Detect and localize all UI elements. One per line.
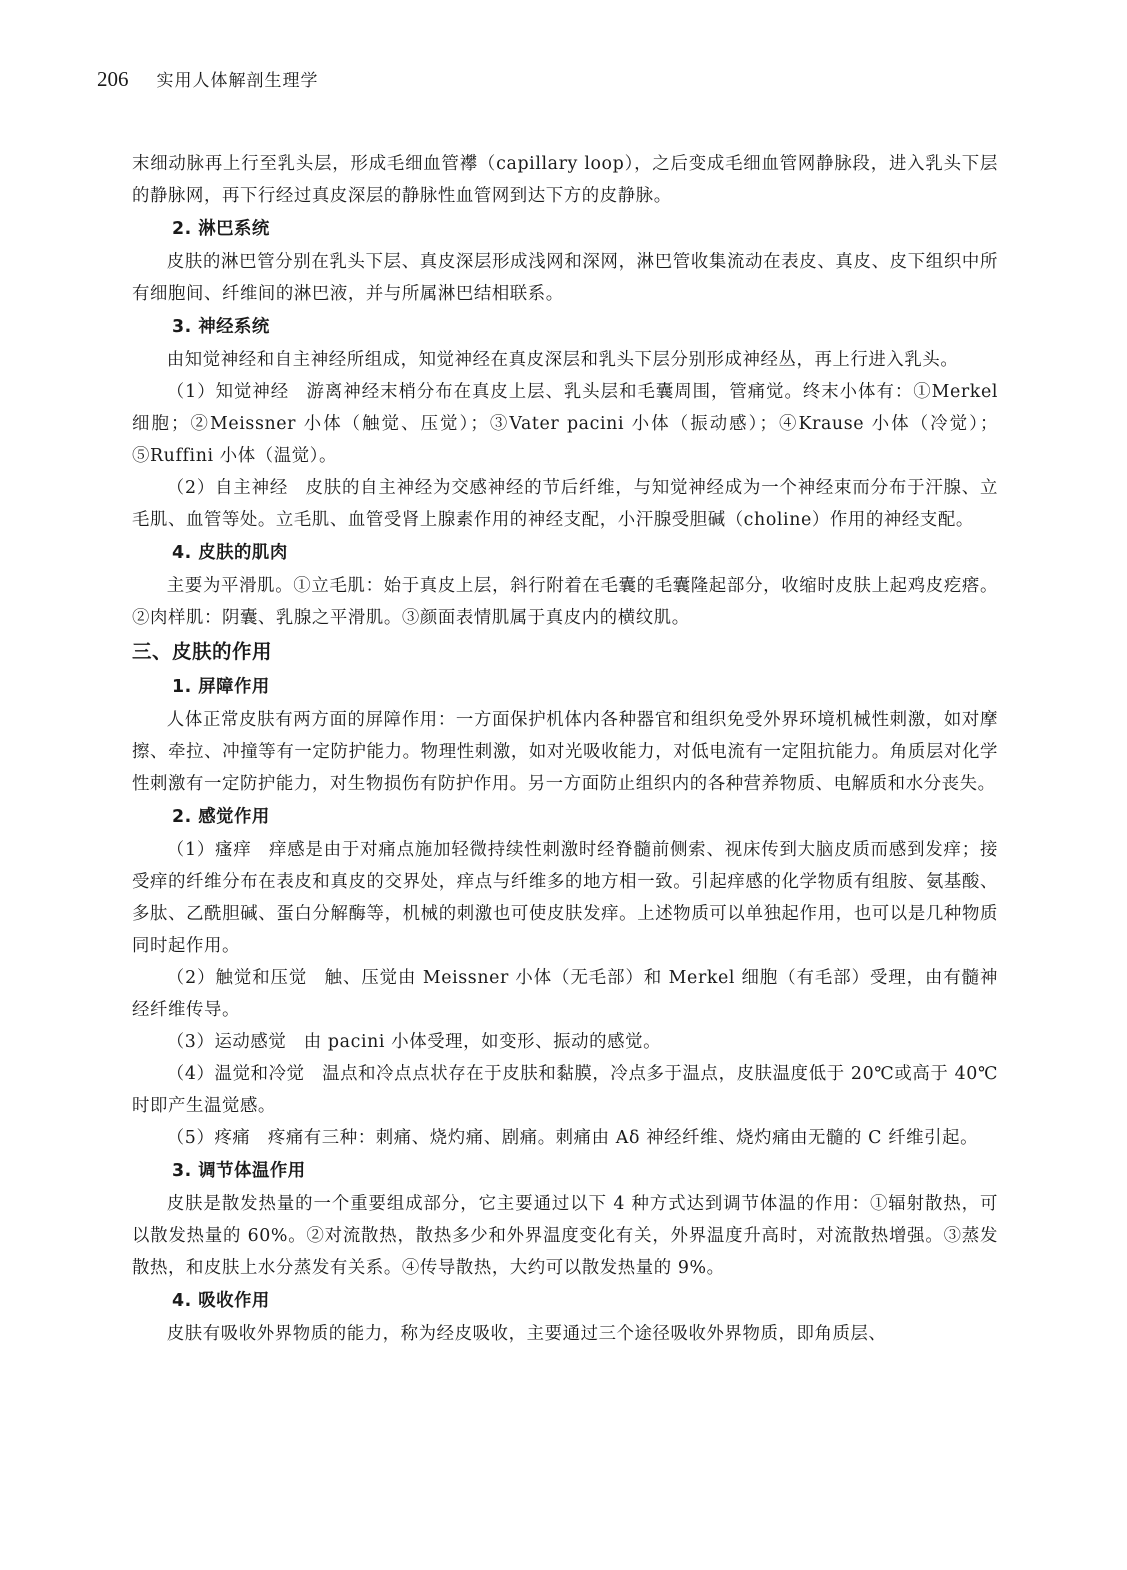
paragraph-thermoregulation: 皮肤是散发热量的一个重要组成部分，它主要通过以下 4 种方式达到调节体温的作用：…: [132, 1188, 998, 1284]
heading-barrier-function: 1. 屏障作用: [132, 670, 998, 704]
section-title-skin-functions: 三、皮肤的作用: [132, 634, 998, 670]
item-label: （4）温觉和冷觉: [167, 1064, 305, 1084]
paragraph-skin-muscle: 主要为平滑肌。①立毛肌：始于真皮上层，斜行附着在毛囊的毛囊隆起部分，收缩时皮肤上…: [132, 570, 998, 634]
paragraph-lymphatic: 皮肤的淋巴管分别在乳头下层、真皮深层形成浅网和深网，淋巴管收集流动在表皮、真皮、…: [132, 246, 998, 310]
heading-nervous-system: 3. 神经系统: [132, 310, 998, 344]
item-text: 由 pacini 小体受理，如变形、振动的感觉。: [304, 1032, 661, 1052]
paragraph-temperature-sense: （4）温觉和冷觉温点和冷点点状存在于皮肤和黏膜，冷点多于温点，皮肤温度低于 20…: [132, 1058, 998, 1122]
item-label: （5）疼痛: [167, 1128, 251, 1148]
heading-thermoregulation: 3. 调节体温作用: [132, 1154, 998, 1188]
heading-absorption: 4. 吸收作用: [132, 1284, 998, 1318]
page-number: 206: [97, 67, 129, 91]
paragraph-autonomic-nerve: （2）自主神经皮肤的自主神经为交感神经的节后纤维，与知觉神经成为一个神经束而分布…: [132, 472, 998, 536]
paragraph-absorption: 皮肤有吸收外界物质的能力，称为经皮吸收，主要通过三个途径吸收外界物质，即角质层、: [132, 1318, 998, 1350]
paragraph-intro: 末细动脉再上行至乳头层，形成毛细血管襻（capillary loop），之后变成…: [132, 148, 998, 212]
paragraph-barrier: 人体正常皮肤有两方面的屏障作用：一方面保护机体内各种器官和组织免受外界环境机械性…: [132, 704, 998, 800]
item-label: （2）触觉和压觉: [167, 968, 307, 988]
paragraph-nervous: 由知觉神经和自主神经所组成，知觉神经在真皮深层和乳头下层分别形成神经丛，再上行进…: [132, 344, 998, 376]
paragraph-itch: （1）瘙痒痒感是由于对痛点施加轻微持续性刺激时经脊髓前侧索、视床传到大脑皮质而感…: [132, 834, 998, 962]
item-label: （2）自主神经: [167, 478, 288, 498]
paragraph-sensory-nerve: （1）知觉神经游离神经末梢分布在真皮上层、乳头层和毛囊周围，管痛觉。终末小体有：…: [132, 376, 998, 472]
heading-lymphatic-system: 2. 淋巴系统: [132, 212, 998, 246]
item-text: 疼痛有三种：刺痛、烧灼痛、剧痛。刺痛由 Aδ 神经纤维、烧灼痛由无髓的 C 纤维…: [268, 1128, 978, 1148]
heading-skin-muscle: 4. 皮肤的肌肉: [132, 536, 998, 570]
heading-sensory-function: 2. 感觉作用: [132, 800, 998, 834]
item-text: 痒感是由于对痛点施加轻微持续性刺激时经脊髓前侧索、视床传到大脑皮质而感到发痒；接…: [132, 840, 998, 956]
paragraph-touch-pressure: （2）触觉和压觉触、压觉由 Meissner 小体（无毛部）和 Merkel 细…: [132, 962, 998, 1026]
paragraph-motion-sense: （3）运动感觉由 pacini 小体受理，如变形、振动的感觉。: [132, 1026, 998, 1058]
item-label: （1）知觉神经: [167, 382, 289, 402]
running-head: 206 实用人体解剖生理学: [97, 66, 319, 94]
page-body: 末细动脉再上行至乳头层，形成毛细血管襻（capillary loop），之后变成…: [132, 148, 998, 1350]
item-label: （1）瘙痒: [167, 840, 252, 860]
book-title: 实用人体解剖生理学: [157, 71, 319, 91]
paragraph-pain: （5）疼痛疼痛有三种：刺痛、烧灼痛、剧痛。刺痛由 Aδ 神经纤维、烧灼痛由无髓的…: [132, 1122, 998, 1154]
item-label: （3）运动感觉: [167, 1032, 287, 1052]
